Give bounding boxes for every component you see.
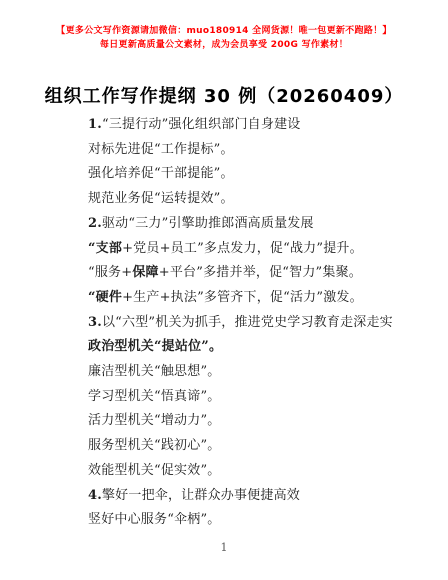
paragraph-text: 效能型机关“促实效”。 <box>88 463 221 478</box>
paragraph-text: +平台”多措并举，促“智力”集聚。 <box>159 265 362 280</box>
header-ad: 【更多公文写作资源请加微信：muo180914 全网货源！唯一包更新不跑路！】 … <box>0 0 448 52</box>
paragraph-line: “服务+保障+平台”多措并举，促“智力”集聚。 <box>88 261 418 286</box>
paragraph-text: 规范业务促“运转提效”。 <box>88 191 234 206</box>
paragraph-line: 规范业务促“运转提效”。 <box>88 187 418 212</box>
paragraph-line: “硬件+生产+执法”多管齐下，促“活力”激发。 <box>88 286 418 311</box>
paragraph-line: 廉洁型机关“触思想”。 <box>88 360 418 385</box>
paragraph-line: 竖好中心服务“伞柄”。 <box>88 508 418 533</box>
paragraph-bold-text: 4. <box>88 488 102 503</box>
document-body: 1.“三提行动”强化组织部门自身建设对标先进促“工作提标”。强化培养促“干部提能… <box>0 113 448 533</box>
paragraph-text: 活力型机关“增动力”。 <box>88 413 221 428</box>
paragraph-bold-text: “硬件 <box>88 290 122 305</box>
paragraph-bold-text: 2. <box>88 216 102 231</box>
paragraph-text: +生产+执法”多管齐下，促“活力”激发。 <box>122 290 363 305</box>
paragraph-line: “支部+党员+员工”多点发力，促“战力”提升。 <box>88 237 418 262</box>
paragraph-bold-text: 保障 <box>132 265 158 280</box>
paragraph-line: 活力型机关“增动力”。 <box>88 409 418 434</box>
paragraph-text: 擎好一把伞，让群众办事便捷高效 <box>102 488 300 503</box>
paragraph-text: 以“六型”机关为抓手，推进党史学习教育走深走实 <box>102 315 393 330</box>
document-page: 【更多公文写作资源请加微信：muo180914 全网货源！唯一包更新不跑路！】 … <box>0 0 448 580</box>
paragraph-text: “三提行动”强化组织部门自身建设 <box>102 117 301 132</box>
paragraph-line: 效能型机关“促实效”。 <box>88 459 418 484</box>
paragraph-line: 服务型机关“践初心”。 <box>88 434 418 459</box>
paragraph-text: 廉洁型机关“触思想”。 <box>88 364 221 379</box>
paragraph-bold-text: 1. <box>88 117 102 132</box>
header-ad-line1: 【更多公文写作资源请加微信：muo180914 全网货源！唯一包更新不跑路！】 <box>0 25 448 39</box>
paragraph-text: “服务+ <box>88 265 132 280</box>
paragraph-line: 政治型机关“提站位”。 <box>88 335 418 360</box>
paragraph-line: 对标先进促“工作提标”。 <box>88 138 418 163</box>
paragraph-line: 2.驱动“三力”引擎助推郎酒高质量发展 <box>88 212 418 237</box>
document-title: 组织工作写作提纲 30 例（20260409） <box>0 85 448 109</box>
page-footer: 1 <box>0 541 448 555</box>
paragraph-line: 强化培养促“干部提能”。 <box>88 162 418 187</box>
header-ad-line2: 每日更新高质量公文素材，成为会员享受 200G 写作素材！ <box>0 39 448 53</box>
paragraph-text: 服务型机关“践初心”。 <box>88 438 221 453</box>
paragraph-bold-text: “支部 <box>88 241 122 256</box>
paragraph-line: 学习型机关“悟真谛”。 <box>88 385 418 410</box>
paragraph-line: 3.以“六型”机关为抓手，推进党史学习教育走深走实 <box>88 311 418 336</box>
paragraph-line: 4.擎好一把伞，让群众办事便捷高效 <box>88 484 418 509</box>
paragraph-text: 强化培养促“干部提能”。 <box>88 166 234 181</box>
paragraph-line: 1.“三提行动”强化组织部门自身建设 <box>88 113 418 138</box>
paragraph-text: +党员+员工”多点发力，促“战力”提升。 <box>122 241 363 256</box>
paragraph-text: 对标先进促“工作提标”。 <box>88 142 234 157</box>
paragraph-bold-text: 3. <box>88 315 102 330</box>
page-number: 1 <box>221 541 228 554</box>
paragraph-text: 竖好中心服务“伞柄”。 <box>88 512 221 527</box>
paragraph-text: 驱动“三力”引擎助推郎酒高质量发展 <box>102 216 314 231</box>
paragraph-text: 学习型机关“悟真谛”。 <box>88 389 221 404</box>
paragraph-bold-text: 政治型机关“提站位”。 <box>88 339 222 354</box>
